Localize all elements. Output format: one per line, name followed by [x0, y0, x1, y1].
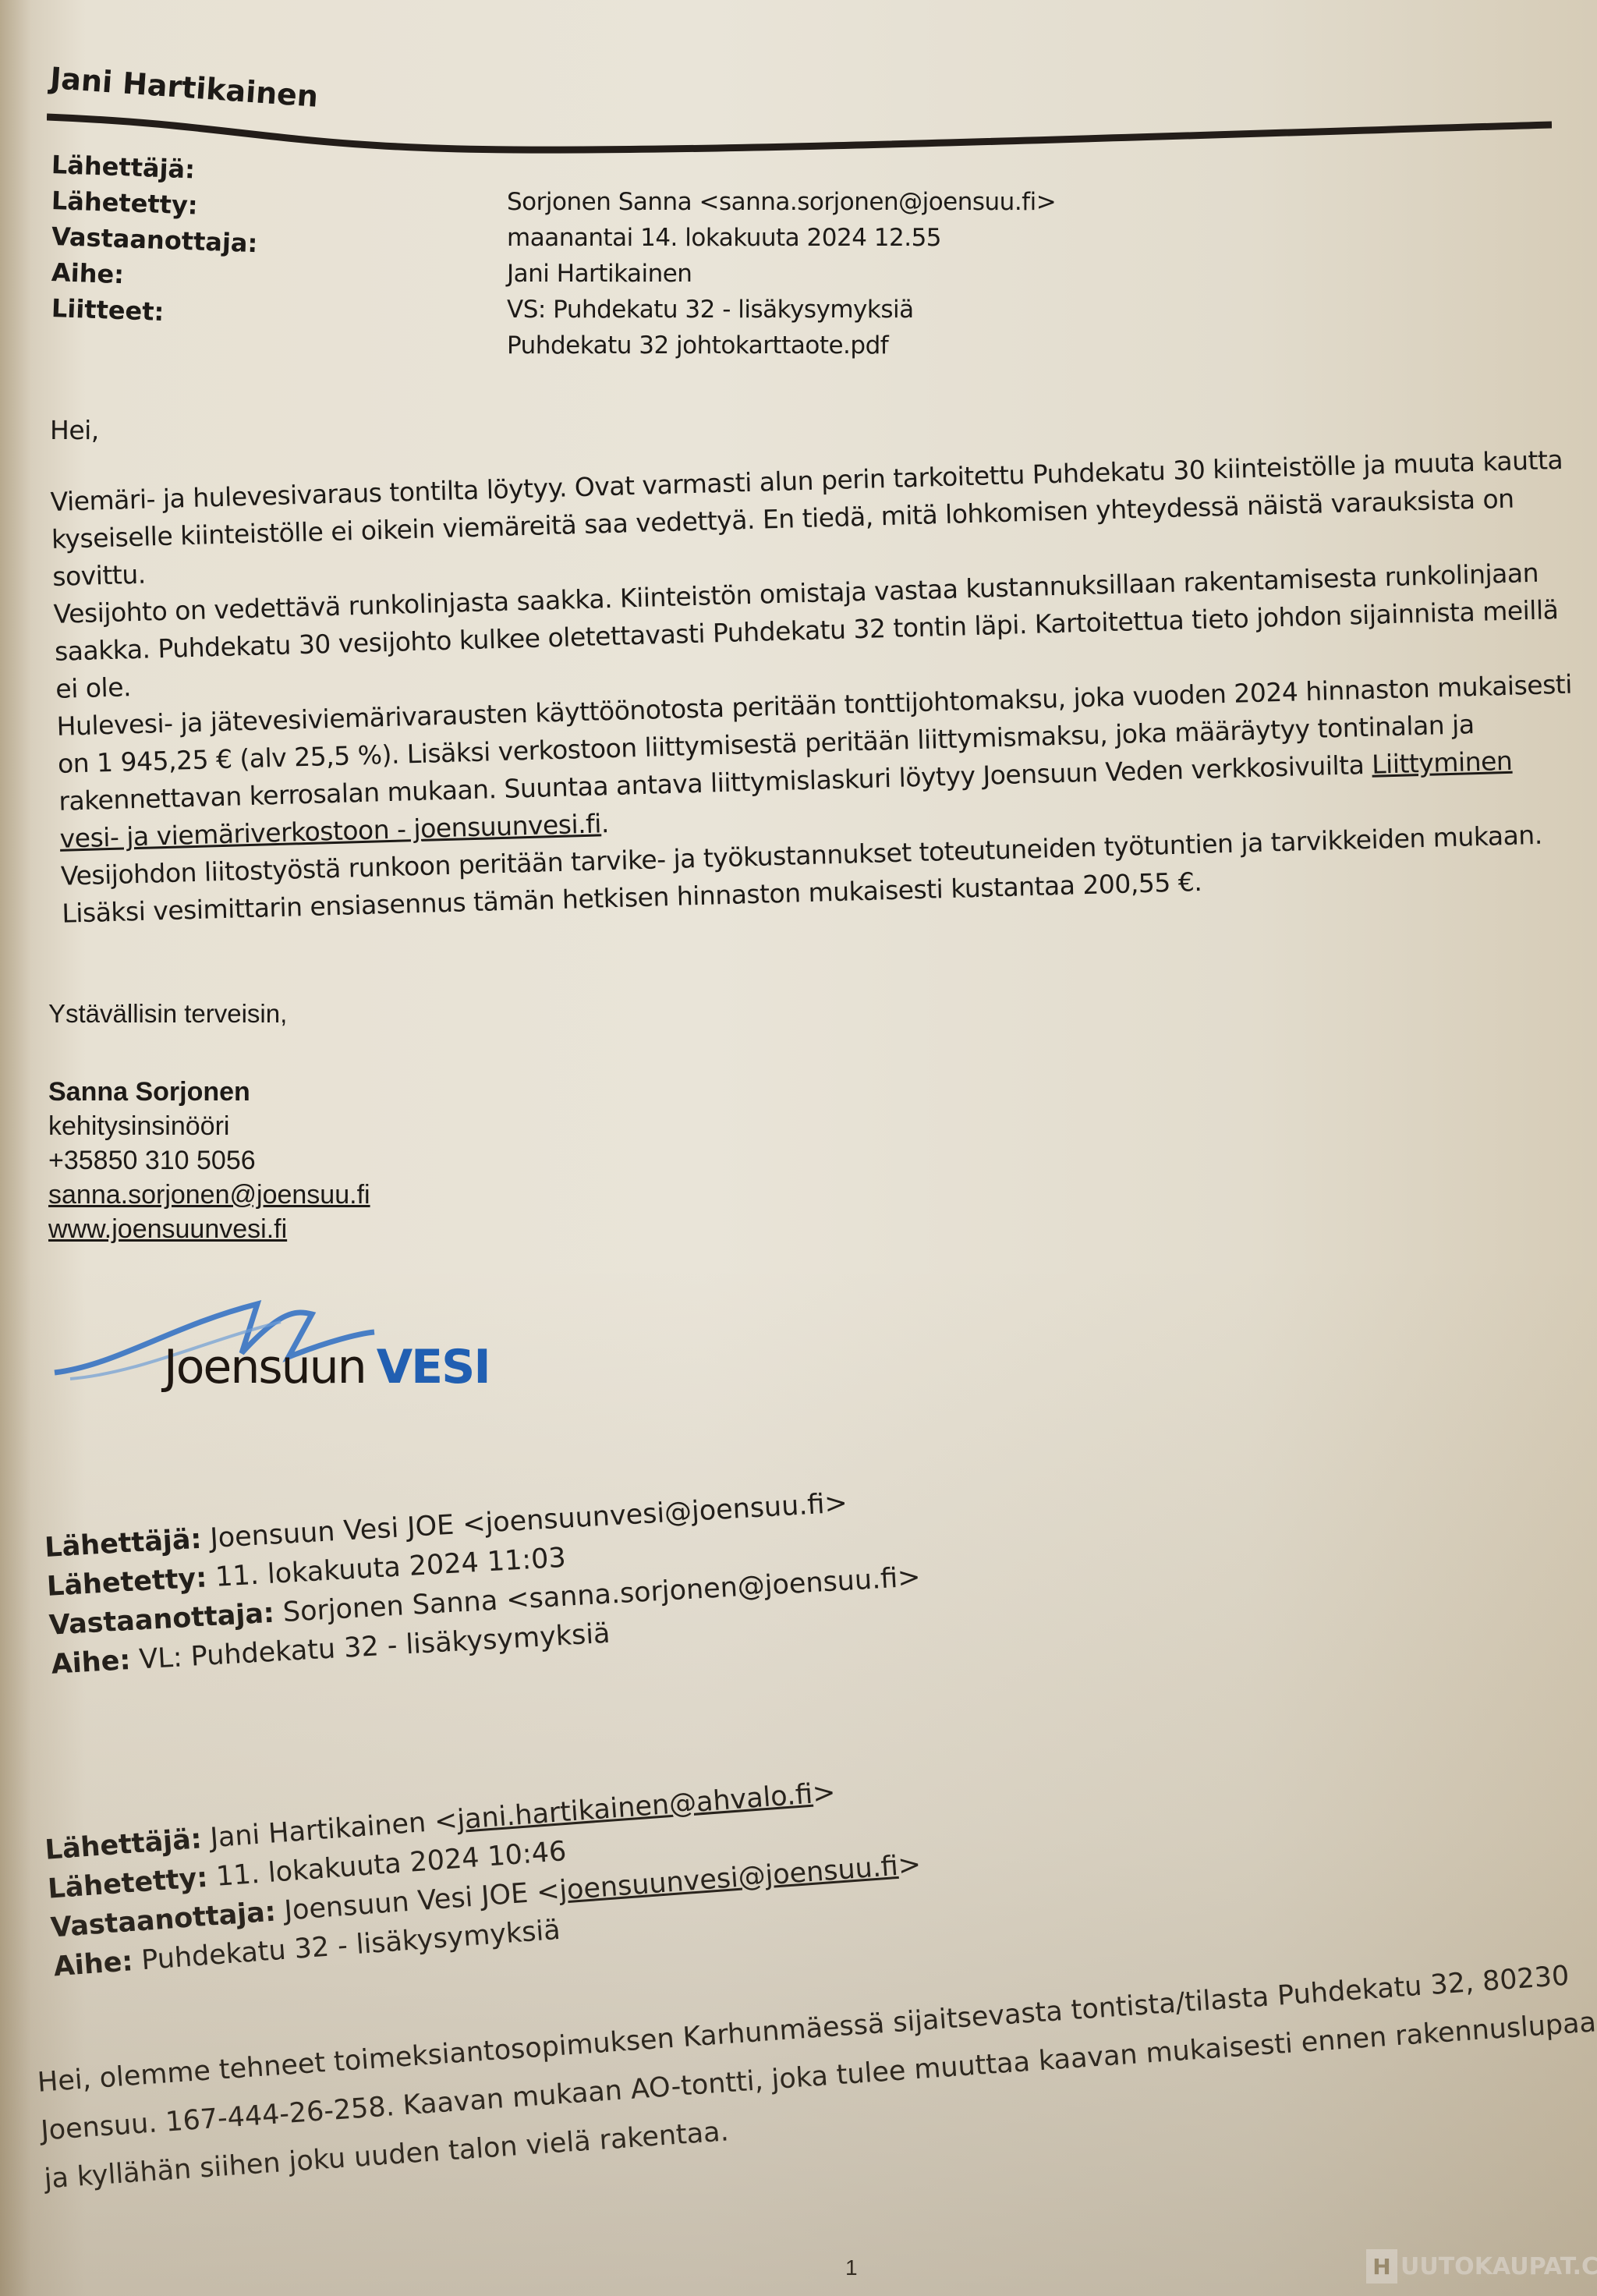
greeting: Hei, [50, 412, 1570, 449]
value-to: Jani Hartikainen [507, 256, 1056, 292]
signature-block: Sanna Sorjonen kehitysinsinööri +35850 3… [48, 1075, 370, 1246]
message-body: Viemäri- ja hulevesivaraus tontilta löyt… [50, 441, 1582, 933]
forwarded-header-2: Lähettäjä: Jani Hartikainen <jani.hartik… [44, 1767, 925, 1986]
signature-website-link[interactable]: www.joensuunvesi.fi [48, 1212, 370, 1246]
value-from: Sorjonen Sanna <sanna.sorjonen@joensuu.f… [507, 184, 1056, 220]
meta-values: Sorjonen Sanna <sanna.sorjonen@joensuu.f… [507, 184, 1056, 363]
forwarded-header-1: Lähettäjä: Joensuun Vesi JOE <joensuunve… [44, 1480, 924, 1685]
original-message-body: Hei, olemme tehneet toimeksiantosopimuks… [36, 1950, 1597, 2203]
page-number: 1 [845, 2255, 858, 2280]
value-attachment: Puhdekatu 32 johtokarttaote.pdf [507, 328, 1056, 363]
value-sent: maanantai 14. lokakuuta 2024 12.55 [507, 220, 1056, 256]
signature-title: kehitysinsinööri [48, 1109, 370, 1143]
box-logo-icon: H [1366, 2249, 1397, 2284]
printed-email-page: Jani Hartikainen Lähettäjä: Lähetetty: V… [0, 0, 1597, 2296]
watermark: H UUTOKAUPAT.COM [1366, 2249, 1597, 2284]
value-subject: VS: Puhdekatu 32 - lisäkysymyksiä [507, 292, 1056, 328]
label-attachments: Liitteet: [51, 290, 258, 333]
joensuun-vesi-logo: JoensuunVESI [47, 1279, 452, 1404]
closing: Ystävällisin terveisin, [48, 997, 287, 1031]
signature-email-link[interactable]: sanna.sorjonen@joensuu.fi [48, 1178, 370, 1212]
header-rule [47, 101, 1552, 164]
meta-labels: Lähettäjä: Lähetetty: Vastaanottaja: Aih… [51, 147, 257, 326]
signature-name: Sanna Sorjonen [48, 1075, 370, 1109]
signature-phone: +35850 310 5056 [48, 1143, 370, 1178]
